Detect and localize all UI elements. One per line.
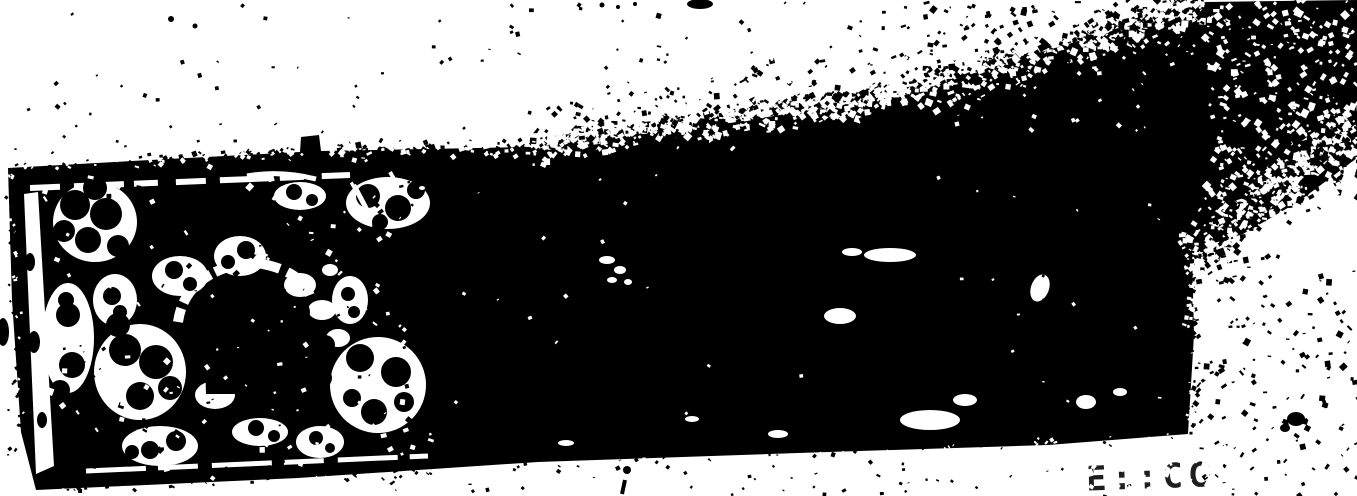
speckle-dot — [256, 216, 259, 219]
speckle-dot — [988, 58, 992, 60]
speckle-dot — [1108, 15, 1110, 17]
speckle-dot — [417, 382, 423, 387]
speckle-dot — [902, 468, 905, 471]
speckle-dot — [529, 8, 534, 12]
speckle-dot — [1158, 397, 1162, 399]
speckle-dot — [1271, 44, 1273, 45]
speckle-dot — [1220, 163, 1224, 167]
speckle-dot — [8, 218, 12, 221]
speckle-dot — [925, 98, 930, 103]
speckle-dot — [1136, 43, 1141, 48]
speckle-dot — [1253, 359, 1256, 361]
speckle-dot — [1206, 3, 1212, 7]
speckle-dot — [1048, 56, 1054, 60]
speckle-dot — [1257, 174, 1260, 175]
speckle-dot — [1287, 201, 1292, 207]
speckle-dot — [1308, 313, 1313, 316]
speckle-dot — [270, 154, 272, 156]
speckle-dot — [795, 103, 799, 107]
speckle-dot — [1231, 487, 1233, 489]
speckle-dot — [1241, 147, 1245, 149]
speckle-dot — [1148, 13, 1150, 16]
speckle-dot — [189, 166, 193, 169]
speckle-dot — [537, 159, 541, 163]
speckle-dot — [174, 358, 180, 364]
speckle-dot — [194, 290, 197, 291]
speckle-dot — [1165, 18, 1169, 22]
speckle-dot — [1283, 182, 1286, 185]
speckle-dot — [704, 139, 709, 143]
speckle-dot — [1129, 31, 1136, 38]
speckle-dot — [400, 469, 404, 471]
speckle-dot — [1053, 40, 1056, 43]
speckle-dot — [7, 454, 9, 456]
speckle-dot — [48, 165, 51, 167]
speckle-dot — [432, 45, 436, 48]
speckle-dot — [505, 149, 509, 152]
speckle-dot — [1183, 238, 1188, 243]
speckle-dot — [1319, 62, 1322, 65]
speckle-dot — [1167, 450, 1172, 455]
speckle-dot — [1143, 23, 1148, 27]
speckle-dot — [1184, 315, 1189, 320]
speckle-dot — [943, 84, 949, 89]
speckle-dot — [1191, 335, 1195, 339]
speckle-dot — [1200, 493, 1202, 494]
speckle-dot — [901, 98, 907, 105]
speckle-dot — [559, 158, 562, 161]
speckle-dot — [812, 80, 815, 83]
speckle-dot — [1320, 39, 1323, 42]
speckle-dot — [1166, 30, 1169, 33]
speckle-dot — [625, 130, 628, 134]
speckle-dot — [1000, 50, 1004, 53]
speckle-dot — [398, 156, 400, 157]
speckle-dot — [1208, 254, 1212, 257]
speckle-dot — [1220, 5, 1224, 9]
speckle-dot — [1319, 96, 1322, 100]
speckle-dot — [67, 489, 70, 491]
speckle-dot — [237, 347, 239, 348]
speckle-dot — [1314, 63, 1318, 68]
speckle-dot — [355, 140, 357, 142]
speckle-dot — [962, 84, 968, 88]
speckle-dot — [929, 83, 931, 85]
speckle-dot — [1317, 210, 1323, 215]
speckle-dot — [1305, 187, 1308, 190]
speckle-dot — [1215, 399, 1220, 405]
speckle-dot — [1254, 178, 1256, 179]
speckle-dot — [1338, 116, 1345, 123]
speckle-dot — [736, 70, 740, 75]
speckle-dot — [1329, 352, 1333, 355]
speckle-dot — [123, 211, 126, 213]
speckle-dot — [775, 117, 778, 120]
speckle-dot — [1316, 8, 1318, 10]
speckle-dot — [1187, 335, 1191, 338]
speckle-dot — [1005, 84, 1011, 90]
speckle-dot — [497, 142, 499, 145]
speckle-dot — [1342, 28, 1346, 31]
speckle-dot — [1326, 130, 1333, 137]
speckle-dot — [690, 142, 694, 145]
speckle-dot — [554, 160, 558, 163]
speckle-dot — [1196, 429, 1198, 430]
speckle-dot — [1058, 38, 1062, 42]
speckle-dot — [1195, 376, 1198, 378]
speckle-dot — [1166, 467, 1169, 471]
speckle-dot — [137, 430, 139, 433]
speckle-dot — [683, 96, 686, 99]
speckle-dot — [915, 110, 918, 111]
speckle-dot — [985, 57, 987, 59]
speckle-dot — [1288, 113, 1292, 116]
speckle-dot — [1260, 213, 1264, 216]
speckle-dot — [108, 203, 111, 206]
speckle-dot — [1314, 177, 1320, 182]
speckle-dot — [1213, 9, 1219, 12]
speckle-dot — [893, 95, 900, 98]
speckle-dot — [858, 102, 864, 108]
speckle-dot — [882, 26, 885, 30]
speckle-dot — [923, 88, 927, 92]
speckle-dot — [869, 112, 871, 114]
speckle-dot — [1042, 381, 1045, 383]
speckle-dot — [198, 205, 201, 208]
speckle-dot — [1207, 26, 1210, 28]
speckle-dot — [677, 87, 680, 90]
speckle-dot — [844, 106, 851, 112]
speckle-dot — [755, 207, 759, 209]
speckle-dot — [1190, 20, 1193, 22]
speckle-dot — [1200, 62, 1204, 66]
speckle-dot — [866, 84, 872, 87]
speckle-dot — [1017, 313, 1020, 315]
speckle-dot — [215, 86, 219, 90]
speckle-dot — [1325, 360, 1331, 367]
speckle-dot — [642, 110, 648, 116]
speckle-dot — [1293, 43, 1295, 45]
speckle-dot — [1075, 1, 1081, 3]
speckle-dot — [923, 14, 928, 20]
speckle-dot — [1138, 33, 1144, 36]
speckle-dot — [162, 160, 165, 163]
speckle-dot — [655, 98, 658, 100]
speckle-dot — [382, 306, 387, 310]
speckle-dot — [666, 53, 668, 55]
speckle-dot — [1264, 477, 1268, 481]
speckle-dot — [468, 387, 472, 391]
speckle-dot — [78, 489, 82, 493]
speckle-dot — [1083, 47, 1089, 52]
speckle-dot — [880, 492, 884, 495]
speckle-dot — [1087, 260, 1091, 264]
speckle-dot — [1070, 31, 1074, 34]
speckle-dot — [827, 92, 832, 96]
speckle-dot — [1003, 74, 1009, 79]
speckle-dot — [1311, 172, 1314, 175]
speckle-dot — [731, 456, 734, 458]
speckle-dot — [613, 171, 616, 173]
speckle-dot — [700, 124, 702, 126]
speckle-dot — [71, 483, 73, 485]
speckle-dot — [62, 368, 67, 373]
speckle-dot — [975, 49, 979, 53]
speckle-dot — [237, 458, 240, 459]
speckle-dot — [260, 447, 265, 453]
speckle-dot — [156, 98, 160, 102]
speckle-dot — [1262, 203, 1265, 205]
speckle-dot — [920, 88, 924, 92]
speckle-dot — [822, 492, 826, 496]
speckle-dot — [868, 98, 871, 100]
speckle-dot — [1221, 130, 1223, 132]
speckle-dot — [365, 148, 368, 151]
speckle-dot — [1264, 212, 1267, 213]
speckle-dot — [605, 115, 609, 119]
speckle-dot — [887, 101, 892, 106]
speckle-dot — [1204, 363, 1210, 369]
speckle-dot — [1097, 71, 1102, 75]
speckle-dot — [960, 278, 964, 281]
speckle-dot — [1174, 16, 1178, 18]
speckle-dot — [287, 150, 292, 155]
speckle-dot — [1191, 262, 1193, 264]
speckle-dot — [1226, 461, 1229, 463]
speckle-dot — [147, 153, 151, 157]
speckle-dot — [1001, 71, 1003, 73]
speckle-dot — [835, 86, 838, 89]
speckle-dot — [18, 415, 21, 418]
speckle-dot — [234, 139, 237, 142]
speckle-dot — [1261, 257, 1265, 260]
speckle-dot — [637, 107, 641, 110]
speckle-dot — [250, 153, 253, 156]
speckle-dot — [1227, 273, 1231, 276]
speckle-dot — [1189, 317, 1193, 320]
speckle-dot — [1280, 163, 1285, 168]
speckle-dot — [570, 102, 573, 105]
speckle-dot — [1192, 210, 1197, 215]
speckle-dot — [990, 64, 995, 69]
scanned-photo-page: E::CC — [0, 0, 1357, 496]
speckle-dot — [469, 147, 472, 150]
speckle-dot — [864, 109, 870, 116]
speckle-dot — [1222, 483, 1227, 488]
speckle-dot — [1277, 163, 1280, 165]
speckle-dot — [1265, 157, 1267, 159]
speckle-dot — [250, 481, 254, 484]
speckle-dot — [1237, 326, 1240, 329]
speckle-dot — [14, 148, 16, 150]
speckle-dot — [1240, 203, 1246, 208]
margin-blemish — [28, 331, 40, 353]
speckle-dot — [1211, 226, 1215, 230]
speckle-dot — [1326, 279, 1332, 286]
speckle-dot — [979, 446, 982, 448]
speckle-dot — [1251, 36, 1256, 40]
speckle-dot — [1302, 289, 1308, 295]
speckle-dot — [1310, 154, 1314, 158]
speckle-dot — [513, 472, 517, 476]
speckle-dot — [1010, 76, 1012, 78]
speckle-dot — [639, 93, 643, 96]
speckle-dot — [1112, 37, 1115, 39]
speckle-dot — [729, 109, 735, 116]
speckle-dot — [1106, 477, 1110, 481]
speckle-dot — [1118, 23, 1124, 30]
speckle-dot — [558, 156, 561, 159]
speckle-dot — [814, 91, 820, 96]
speckle-dot — [1321, 128, 1326, 133]
speckle-dot — [381, 72, 384, 74]
speckle-dot — [268, 465, 271, 466]
speckle-dot — [1244, 186, 1246, 188]
speckle-dot — [748, 475, 752, 479]
speckle-dot — [1350, 377, 1354, 381]
speckle-dot — [1048, 67, 1051, 69]
speckle-dot — [281, 320, 283, 322]
speckle-dot — [526, 152, 531, 155]
speckle-dot — [400, 399, 406, 405]
speckle-dot — [882, 11, 886, 14]
speckle-dot — [996, 83, 999, 85]
speckle-dot — [1203, 57, 1209, 63]
speckle-dot — [481, 59, 484, 62]
speckle-dot — [1296, 369, 1299, 372]
speckle-dot — [1196, 279, 1202, 285]
speckle-dot — [193, 335, 197, 337]
speckle-dot — [280, 459, 285, 463]
speckle-dot — [696, 143, 699, 146]
speckle-dot — [263, 16, 267, 20]
speckle-dot — [1277, 460, 1281, 464]
speckle-dot — [768, 454, 770, 456]
exclamation-mark-blemish — [623, 466, 631, 474]
speckle-dot — [268, 283, 271, 286]
speckle-dot — [530, 138, 537, 145]
speckle-dot — [715, 119, 718, 122]
speckle-dot — [1306, 148, 1311, 153]
speckle-dot — [1148, 203, 1152, 206]
speckle-dot — [1189, 432, 1192, 435]
speckle-dot — [1260, 153, 1263, 156]
speckle-dot — [1207, 18, 1212, 24]
speckle-dot — [968, 95, 973, 99]
speckle-dot — [571, 323, 574, 326]
speckle-dot — [1307, 124, 1309, 126]
speckle-dot — [1109, 474, 1111, 475]
speckle-dot — [1167, 457, 1172, 462]
speckle-dot — [1247, 267, 1250, 269]
speckle-dot — [736, 120, 740, 123]
margin-blemish — [37, 412, 47, 428]
speckle-dot — [1094, 49, 1096, 50]
speckle-dot — [667, 130, 671, 134]
speckle-dot — [642, 457, 646, 461]
speckle-dot — [259, 245, 262, 247]
speckle-dot — [1095, 43, 1098, 45]
speckle-dot — [772, 85, 775, 89]
speckle-dot — [1319, 154, 1321, 155]
speckle-dot — [602, 149, 609, 156]
speckle-dot — [1210, 245, 1214, 249]
speckle-dot — [63, 347, 66, 350]
speckle-dot — [719, 123, 724, 126]
speckle-dot — [1124, 39, 1128, 42]
speckle-dot — [331, 224, 336, 228]
speckle-dot — [1195, 367, 1199, 369]
halftone-photo: E::CC — [0, 0, 1357, 496]
speckle-dot — [386, 312, 390, 316]
speckle-dot — [1137, 446, 1142, 451]
speckle-dot — [159, 154, 163, 157]
speckle-dot — [1263, 391, 1267, 393]
speckle-dot — [1177, 467, 1181, 470]
speckle-dot — [1288, 22, 1291, 25]
speckle-dot — [1194, 361, 1196, 363]
speckle-dot — [1194, 243, 1198, 246]
speckle-dot — [579, 136, 585, 140]
speckle-dot — [1325, 147, 1328, 150]
speckle-dot — [440, 145, 444, 148]
speckle-dot — [615, 145, 617, 147]
speckle-dot — [158, 447, 164, 451]
speckle-dot — [107, 194, 112, 199]
speckle-dot — [930, 90, 933, 92]
speckle-dot — [372, 222, 377, 228]
speckle-dot — [1263, 182, 1266, 184]
speckle-dot — [714, 93, 720, 100]
speckle-dot — [921, 57, 924, 60]
speckle-dot — [170, 392, 173, 394]
speckle-dot — [1182, 349, 1186, 352]
speckle-dot — [1325, 138, 1332, 145]
speckle-dot — [125, 355, 131, 358]
speckle-dot — [619, 460, 622, 463]
speckle-dot — [866, 89, 869, 91]
speckle-dot — [901, 462, 904, 465]
speckle-dot — [1195, 227, 1199, 230]
speckle-dot — [1194, 340, 1199, 344]
speckle-dot — [799, 374, 803, 378]
speckle-dot — [915, 89, 919, 93]
speckle-dot — [1224, 193, 1226, 195]
speckle-dot — [1352, 380, 1357, 385]
speckle-dot — [1232, 493, 1235, 495]
margin-blemish — [25, 253, 35, 271]
speckle-dot — [1249, 58, 1253, 61]
speckle-dot — [565, 147, 567, 150]
speckle-dot — [142, 418, 145, 420]
speckle-dot — [1228, 325, 1232, 328]
speckle-dot — [1271, 223, 1273, 226]
speckle-dot — [1258, 178, 1263, 183]
speckle-dot — [927, 42, 933, 47]
speckle-dot — [348, 17, 350, 18]
speckle-dot — [1232, 489, 1234, 490]
speckle-dot — [1242, 60, 1245, 61]
speckle-dot — [1274, 56, 1277, 59]
speckle-dot — [1302, 194, 1305, 196]
speckle-dot — [942, 44, 947, 47]
speckle-dot — [1179, 233, 1185, 237]
speckle-dot — [1044, 56, 1046, 57]
speckle-dot — [185, 162, 188, 164]
speckle-dot — [381, 148, 385, 151]
speckle-dot — [468, 484, 471, 485]
speckle-dot — [1286, 338, 1290, 340]
